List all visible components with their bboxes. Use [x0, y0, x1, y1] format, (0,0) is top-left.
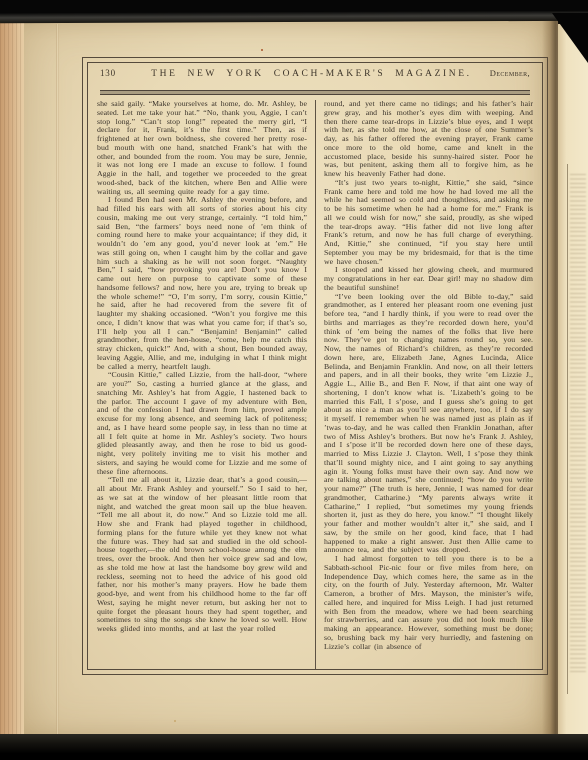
page-speck: [174, 720, 176, 722]
page-border-frame-inner: 130 THE NEW YORK COACH-MAKER'S MAGAZINE.…: [87, 62, 543, 670]
page-border-frame: 130 THE NEW YORK COACH-MAKER'S MAGAZINE.…: [82, 57, 548, 675]
page-speck: [261, 49, 263, 51]
paragraph: “Cousin Kittie,” called Lizzie, from the…: [97, 371, 307, 476]
paragraph: I found Ben had seen Mr. Ashley the even…: [97, 196, 307, 371]
paragraph: I stooped and kissed her glowing cheek, …: [324, 266, 533, 292]
facing-page-border-line: [567, 164, 568, 694]
issue-month: December,: [472, 68, 530, 78]
photo-background: 130 THE NEW YORK COACH-MAKER'S MAGAZINE.…: [0, 0, 588, 760]
paragraph: “Tell me all about it, Lizzie dear, that…: [97, 476, 307, 634]
facing-page-blurred-text: [570, 174, 586, 674]
paragraph: I had almost forgotten to tell you there…: [324, 555, 533, 651]
page-number: 130: [100, 68, 151, 78]
header-rule: [100, 90, 530, 95]
facing-page-edge: [558, 24, 588, 736]
paragraph: she said gaily. “Make yourselves at home…: [97, 100, 307, 196]
paragraph: round, and yet there came no tidings; an…: [324, 100, 533, 179]
paragraph: “I’ve been looking over the old Bible to…: [324, 293, 533, 556]
column-left: she said gaily. “Make yourselves at home…: [97, 100, 315, 670]
text-columns: she said gaily. “Make yourselves at home…: [97, 100, 533, 670]
column-right: round, and yet there came no tidings; an…: [315, 100, 533, 670]
magazine-title: THE NEW YORK COACH-MAKER'S MAGAZINE.: [151, 69, 471, 79]
paragraph: “It’s just two years to-night, Kittie,” …: [324, 179, 533, 267]
page-header: 130 THE NEW YORK COACH-MAKER'S MAGAZINE.…: [100, 68, 530, 87]
book-cover-bottom-edge: [0, 734, 588, 760]
page-crease-line: [56, 24, 59, 736]
